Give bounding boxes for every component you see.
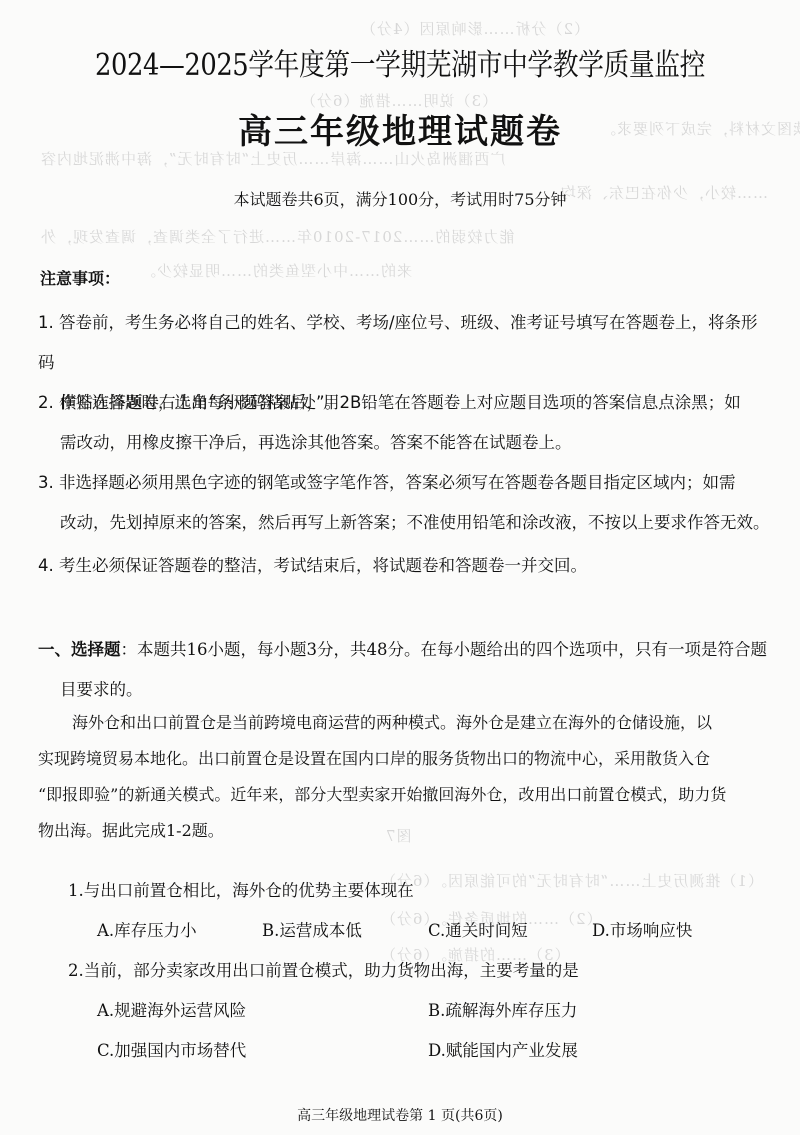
section-description: ：本题共16小题，每小题3分，共48分。在每小题给出的四个选项中，只有一项是符合… (121, 640, 768, 659)
section-description-continued: 目要求的。 (38, 670, 773, 710)
question-2-stem: 2.当前，部分卖家改用出口前置仓模式，助力货物出海，主要考量的是 (68, 957, 579, 981)
question-2-option-a: A.规避海外运营风险 (97, 997, 246, 1021)
page-footer: 高三年级地理试卷第 1 页(共6页) (0, 1105, 800, 1125)
exam-info: 本试题卷共6页，满分100分，考试用时75分钟 (0, 187, 800, 210)
passage-line: 海外仓和出口前置仓是当前跨境电商运营的两种模式。海外仓是建立在海外的仓储设施，以 (38, 705, 768, 741)
exam-title: 2024—2025学年度第一学期芜湖市中学教学质量监控 (56, 40, 744, 84)
notes-heading: 注意事项： (40, 266, 120, 289)
note-text: 2. 作答选择题时，选出每小题答案后，用2B铅笔在答题卷上对应题目选项的答案信息… (38, 393, 741, 412)
question-1-stem: 1.与出口前置仓相比，海外仓的优势主要体现在 (68, 877, 414, 901)
question-2-option-c: C.加强国内市场替代 (97, 1037, 246, 1061)
bleed-through-text: 来的……中小型鱼类的……明显较少。 (140, 260, 412, 281)
question-1-option-a: A.库存压力小 (97, 917, 197, 941)
question-1-option-b: B.运营成本低 (262, 917, 362, 941)
note-text: 3. 非选择题必须用黑色字迹的钢笔或签字笔作答，答案必须写在答题卷各题目指定区域… (38, 473, 736, 492)
subject-title: 高三年级地理试题卷 (0, 104, 800, 153)
question-2-option-d: D.赋能国内产业发展 (428, 1037, 578, 1061)
question-1-option-d: D.市场响应快 (592, 917, 692, 941)
reading-passage: 海外仓和出口前置仓是当前跨境电商运营的两种模式。海外仓是建立在海外的仓储设施，以… (38, 705, 768, 849)
note-text: 4. 考生必须保证答题卷的整洁，考试结束后，将试题卷和答题卷一并交回。 (38, 556, 587, 575)
bleed-through-text: 能力较弱的……2017-2010年……进行了全类调查，调查发现，外 (40, 226, 514, 247)
question-2-option-b: B.疏解海外库存压力 (428, 997, 577, 1021)
passage-line: “即报即验”的新通关模式。近年来，部分大型卖家开始撤回海外仓，改用出口前置仓模式… (38, 777, 768, 813)
section-label: 一、选择题 (38, 640, 121, 659)
passage-line: 物出海。据此完成1-2题。 (38, 813, 768, 849)
note-item: 3. 非选择题必须用黑色字迹的钢笔或签字笔作答，答案必须写在答题卷各题目指定区域… (38, 463, 773, 543)
note-text: 1. 答卷前，考生务必将自己的姓名、学校、考场/座位号、班级、准考证号填写在答题… (38, 313, 758, 372)
section-header: 一、选择题：本题共16小题，每小题3分，共48分。在每小题给出的四个选项中，只有… (38, 630, 773, 710)
note-item: 2. 作答选择题时，选出每小题答案后，用2B铅笔在答题卷上对应题目选项的答案信息… (38, 383, 773, 463)
note-text-continued: 改动，先划掉原来的答案，然后再写上新答案；不准使用铅笔和涂改液，不按以上要求作答… (38, 503, 773, 543)
note-text-continued: 需改动，用橡皮擦干净后，再选涂其他答案。答案不能答在试题卷上。 (38, 423, 773, 463)
bleed-through-text: （2）分析……影响原因（4分） (360, 18, 589, 39)
note-item: 4. 考生必须保证答题卷的整洁，考试结束后，将试题卷和答题卷一并交回。 (38, 546, 773, 586)
passage-line: 实现跨境贸易本地化。出口前置仓是设置在国内口岸的服务货物出口的物流中心，采用散货… (38, 741, 768, 777)
question-1-option-c: C.通关时间短 (428, 917, 528, 941)
bleed-through-text: （1）推测历史上……“时有时无”的可能原因。（6分） (380, 870, 763, 891)
